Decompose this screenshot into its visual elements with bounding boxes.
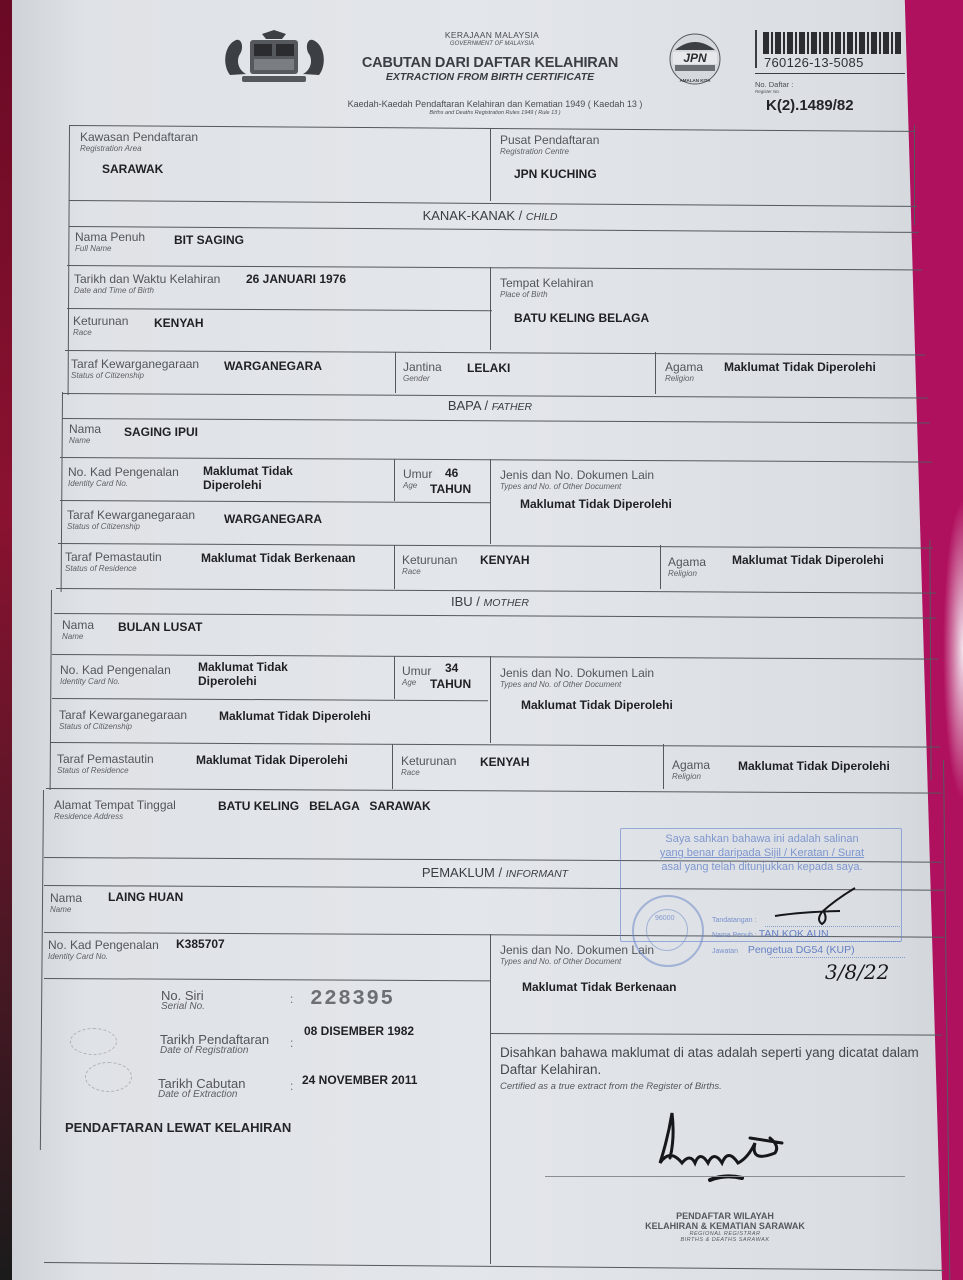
label-english: Full Name [75, 244, 145, 254]
handwritten-date: 3/8/22 [825, 960, 889, 984]
value-line2: Diperolehi [198, 674, 288, 688]
label-english: Status of Citizenship [71, 371, 199, 381]
official-seal-icon [632, 895, 704, 967]
registrar-department: KELAHIRAN & KEMATIAN SARAWAK [600, 1221, 850, 1231]
father-religion-label: Agama Religion [668, 556, 706, 579]
extraction-date-value: 24 NOVEMBER 2011 [302, 1073, 417, 1087]
serial-label: No. Siri Serial No. [161, 989, 205, 1012]
child-race-value: KENYAH [154, 316, 204, 330]
mother-religion-value: Maklumat Tidak Diperolehi [738, 759, 890, 773]
mother-doc-label: Jenis dan No. Dokumen Lain Types and No.… [500, 667, 654, 690]
mother-residence-value: Maklumat Tidak Diperolehi [196, 753, 348, 767]
father-citizenship-value: WARGANEGARA [224, 512, 322, 526]
label-malay: No. Kad Pengenalan [68, 465, 179, 479]
registrar-title: PENDAFTAR WILAYAH [600, 1211, 850, 1221]
barcode [763, 32, 903, 54]
label-malay: Nama Penuh [75, 230, 145, 244]
label-english: Name [50, 905, 82, 915]
background-left-edge [0, 0, 14, 1280]
informant-doc-label: Jenis dan No. Dokumen Lain Types and No.… [500, 944, 654, 967]
mother-name-label: Nama Name [62, 619, 94, 642]
label-english: Identity Card No. [48, 952, 159, 962]
father-residence-value: Maklumat Tidak Berkenaan [201, 551, 356, 565]
child-pob-value: BATU KELING BELAGA [514, 311, 649, 325]
value-line2: Diperolehi [203, 478, 293, 492]
label-english: Age [403, 481, 432, 491]
label-malay: Tempat Kelahiran [500, 276, 593, 290]
label-english: Name [62, 632, 94, 642]
seal-code: 96000 [655, 915, 674, 922]
certification-text: Disahkan bahawa maklumat di atas adalah … [500, 1044, 930, 1078]
label-english: Status of Citizenship [67, 522, 195, 532]
father-residence-label: Taraf Pemastautin Status of Residence [65, 551, 162, 574]
father-age-value: 46 [445, 466, 458, 480]
mother-age-unit: TAHUN [430, 677, 471, 691]
label-english: Registration Centre [500, 147, 599, 157]
father-race-label: Keturunan Race [402, 554, 457, 577]
regional-registrar-block: PENDAFTAR WILAYAH KELAHIRAN & KEMATIAN S… [600, 1211, 850, 1243]
father-name-label: Nama Name [69, 423, 101, 446]
section-title: KANAK-KANAK / [423, 208, 523, 223]
government-name-en: GOVERNMENT OF MALAYSIA [372, 41, 612, 47]
section-title: PEMAKLUM / [422, 865, 502, 880]
label-malay: Agama [672, 758, 710, 772]
label-english: Types and No. of Other Document [500, 680, 654, 690]
registration-area-value: SARAWAK [102, 162, 163, 176]
svg-text:JPN: JPN [683, 51, 707, 65]
section-title: BAPA / [448, 398, 488, 413]
section-title-en: FATHER [492, 401, 532, 413]
child-dob-label: Tarikh dan Waktu Kelahiran Date and Time… [74, 273, 220, 296]
stamp-line1: Saya sahkan bahawa ini adalah salinan [632, 832, 892, 846]
position-dotted-line [770, 957, 905, 958]
register-label-english: Register No. [755, 89, 793, 94]
father-age-label: Umur Age [403, 468, 432, 491]
child-race-label: Keturunan Race [73, 315, 128, 338]
father-citizenship-label: Taraf Kewarganegaraan Status of Citizens… [67, 509, 195, 532]
label-english: Registration Area [80, 144, 198, 154]
father-ic-value: Maklumat Tidak Diperolehi [203, 464, 293, 492]
father-religion-value: Maklumat Tidak Diperolehi [732, 553, 884, 567]
label-english: Types and No. of Other Document [500, 482, 654, 492]
rules-malay: Kaedah-Kaedah Pendaftaran Kelahiran dan … [300, 99, 690, 109]
stamp-line3: asal yang telah ditunjukkan kepada saya. [632, 860, 892, 874]
registration-centre-value: JPN KUCHING [514, 167, 597, 181]
colon: : [290, 1079, 293, 1093]
value-line1: Maklumat Tidak [203, 464, 293, 478]
header-government: KERAJAAN MALAYSIA GOVERNMENT OF MALAYSIA [372, 30, 612, 47]
label-malay: Nama [69, 422, 101, 436]
child-religion-label: Agama Religion [665, 361, 703, 384]
serial-number: 228395 [310, 988, 395, 1011]
address-label: Alamat Tempat Tinggal Residence Address [54, 799, 176, 822]
mother-citizenship-value: Maklumat Tidak Diperolehi [219, 709, 371, 723]
label-malay: Alamat Tempat Tinggal [54, 798, 176, 812]
label-english: Types and No. of Other Document [500, 957, 654, 967]
section-child: KANAK-KANAK / CHILD [300, 208, 680, 223]
label-english: Date of Extraction [158, 1090, 245, 1100]
label-malay: Umur [402, 664, 431, 678]
government-name: KERAJAAN MALAYSIA [372, 30, 612, 40]
label-malay: Nama [62, 618, 94, 632]
label-malay: Agama [665, 360, 703, 374]
faint-seal-icon [85, 1062, 132, 1092]
label-english: Gender [403, 374, 442, 384]
registrar-department-en: BIRTHS & DEATHS SARAWAK [600, 1237, 850, 1243]
section-mother: IBU / MOTHER [300, 594, 680, 609]
position-label: Jawatan [712, 948, 738, 955]
label-english: Religion [668, 569, 706, 579]
label-malay: Taraf Kewarganegaraan [71, 357, 199, 371]
section-title-en: CHILD [526, 211, 558, 223]
register-no-label: No. Daftar : Register No. [755, 80, 793, 94]
section-title-en: MOTHER [484, 597, 530, 609]
jpn-logo-icon: JPN AMALAN KITA [655, 32, 735, 86]
father-age-unit: TAHUN [430, 482, 471, 496]
rules-english: Births and Deaths Registration Rules 194… [300, 110, 690, 116]
title-english: EXTRACTION FROM BIRTH CERTIFICATE [340, 71, 640, 83]
section-informant: PEMAKLUM / INFORMANT [380, 865, 610, 880]
certifier-signature-icon [770, 880, 870, 930]
label-malay: No. Kad Pengenalan [48, 938, 159, 952]
father-ic-label: No. Kad Pengenalan Identity Card No. [68, 466, 179, 489]
label-malay: Agama [668, 555, 706, 569]
label-english: Identity Card No. [60, 677, 171, 687]
colon: : [290, 1036, 293, 1050]
document-title: CABUTAN DARI DAFTAR KELAHIRAN EXTRACTION… [340, 55, 640, 83]
mother-age-value: 34 [445, 661, 458, 675]
label-english: Race [402, 567, 457, 577]
stamp-position-row: Jawatan Pengetua DG54 (KUP) [712, 944, 855, 956]
registration-date-label: Tarikh Pendaftaran Date of Registration [160, 1033, 269, 1056]
label-malay: Taraf Pemastautin [65, 550, 162, 564]
label-malay: Kawasan Pendaftaran [80, 130, 198, 144]
address-value: BATU KELING BELAGA SARAWAK [218, 799, 431, 813]
mother-ic-value: Maklumat Tidak Diperolehi [198, 660, 288, 688]
label-english: Status of Residence [65, 564, 162, 574]
label-malay: Keturunan [402, 553, 457, 567]
name-label: Nama Penuh : [712, 932, 757, 939]
stamp-text: Saya sahkan bahawa ini adalah salinan ya… [632, 832, 892, 874]
title-malay: CABUTAN DARI DAFTAR KELAHIRAN [340, 55, 640, 71]
label-malay: Jenis dan No. Dokumen Lain [500, 943, 654, 957]
label-english: Date of Registration [160, 1046, 269, 1056]
child-citizenship-label: Taraf Kewarganegaraan Status of Citizens… [71, 358, 199, 381]
label-english: Identity Card No. [68, 479, 179, 489]
mother-ic-label: No. Kad Pengenalan Identity Card No. [60, 664, 171, 687]
register-label-malay: No. Daftar : [755, 80, 793, 89]
stamp-line2: yang benar daripada Sijil / Keratan / Su… [632, 846, 892, 860]
child-citizenship-value: WARGANEGARA [224, 359, 322, 373]
father-name-value: SAGING IPUI [124, 425, 198, 439]
child-name-value: BIT SAGING [174, 233, 244, 247]
label-malay: Jenis dan No. Dokumen Lain [500, 468, 654, 482]
late-registration-note: PENDAFTARAN LEWAT KELAHIRAN [65, 1120, 291, 1135]
label-malay: Taraf Kewarganegaraan [67, 508, 195, 522]
signature-label: Tandatangan : [712, 917, 756, 924]
label-english: Place of Birth [500, 290, 593, 300]
child-dob-value: 26 JANUARI 1976 [246, 272, 346, 286]
label-english: Race [401, 768, 456, 778]
label-english: Name [69, 436, 101, 446]
mother-race-value: KENYAH [480, 755, 530, 769]
label-english: Religion [672, 772, 710, 782]
label-malay: Pusat Pendaftaran [500, 133, 599, 147]
informant-ic-label: No. Kad Pengenalan Identity Card No. [48, 939, 159, 962]
mother-doc-value: Maklumat Tidak Diperolehi [521, 698, 673, 712]
identity-number: 760126-13-5085 [764, 55, 864, 70]
label-malay: Keturunan [401, 754, 456, 768]
label-malay: Taraf Pemastautin [57, 752, 154, 766]
registration-centre-label: Pusat Pendaftaran Registration Centre [500, 134, 599, 157]
informant-doc-value: Maklumat Tidak Berkenaan [522, 980, 677, 994]
rules-reference: Kaedah-Kaedah Pendaftaran Kelahiran dan … [300, 99, 690, 116]
signature-line [545, 1176, 905, 1177]
informant-ic-value: K385707 [176, 937, 225, 951]
stamp-signature-row: Tandatangan : [712, 917, 756, 924]
colon: : [290, 992, 293, 1006]
child-gender-value: LELAKI [467, 361, 510, 375]
label-english: Status of Citizenship [59, 722, 187, 732]
name-dotted-line [770, 941, 900, 942]
label-english: Religion [665, 374, 703, 384]
child-gender-label: Jantina Gender [403, 361, 442, 384]
faint-seal-icon [70, 1028, 117, 1055]
svg-text:AMALAN KITA: AMALAN KITA [680, 78, 712, 83]
section-title: IBU / [451, 594, 480, 609]
label-malay: Tarikh dan Waktu Kelahiran [74, 272, 220, 286]
child-pob-label: Tempat Kelahiran Place of Birth [500, 277, 593, 300]
label-english: Age [402, 678, 431, 688]
informant-name-value: LAING HUAN [108, 890, 183, 904]
mother-race-label: Keturunan Race [401, 755, 456, 778]
child-religion-value: Maklumat Tidak Diperolehi [724, 360, 876, 374]
register-number: K(2).1489/82 [766, 97, 854, 114]
label-malay: Keturunan [73, 314, 128, 328]
mother-religion-label: Agama Religion [672, 759, 710, 782]
child-name-label: Nama Penuh Full Name [75, 231, 145, 254]
extraction-date-label: Tarikh Cabutan Date of Extraction [158, 1077, 245, 1100]
certifier-position: Pengetua DG54 (KUP) [748, 944, 855, 956]
section-title-en: INFORMANT [506, 868, 568, 880]
father-doc-value: Maklumat Tidak Diperolehi [520, 497, 672, 511]
informant-name-label: Nama Name [50, 892, 82, 915]
label-malay: Taraf Kewarganegaraan [59, 708, 187, 722]
malaysia-coat-of-arms-icon [222, 30, 327, 85]
label-english: Race [73, 328, 128, 338]
label-english: Serial No. [161, 1002, 205, 1012]
value-line1: Maklumat Tidak [198, 660, 288, 674]
certification-statement: Disahkan bahawa maklumat di atas adalah … [500, 1044, 930, 1095]
certification-text-en: Certified as a true extract from the Reg… [500, 1078, 930, 1095]
label-english: Status of Residence [57, 766, 154, 776]
label-malay: No. Kad Pengenalan [60, 663, 171, 677]
registration-date-value: 08 DISEMBER 1982 [304, 1024, 414, 1038]
mother-citizenship-label: Taraf Kewarganegaraan Status of Citizens… [59, 709, 187, 732]
section-father: BAPA / FATHER [300, 398, 680, 413]
mother-age-label: Umur Age [402, 665, 431, 688]
label-malay: Jantina [403, 360, 442, 374]
label-malay: Umur [403, 467, 432, 481]
father-race-value: KENYAH [480, 553, 530, 567]
barcode-panel: 760126-13-5085 [755, 30, 905, 75]
background-glare [943, 500, 963, 800]
label-malay: Jenis dan No. Dokumen Lain [500, 666, 654, 680]
mother-residence-label: Taraf Pemastautin Status of Residence [57, 753, 154, 776]
father-doc-label: Jenis dan No. Dokumen Lain Types and No.… [500, 469, 654, 492]
mother-name-value: BULAN LUSAT [118, 620, 202, 634]
label-english: Residence Address [54, 812, 176, 822]
label-english: Date and Time of Birth [74, 286, 220, 296]
registration-area-label: Kawasan Pendaftaran Registration Area [80, 131, 198, 154]
label-malay: Nama [50, 891, 82, 905]
